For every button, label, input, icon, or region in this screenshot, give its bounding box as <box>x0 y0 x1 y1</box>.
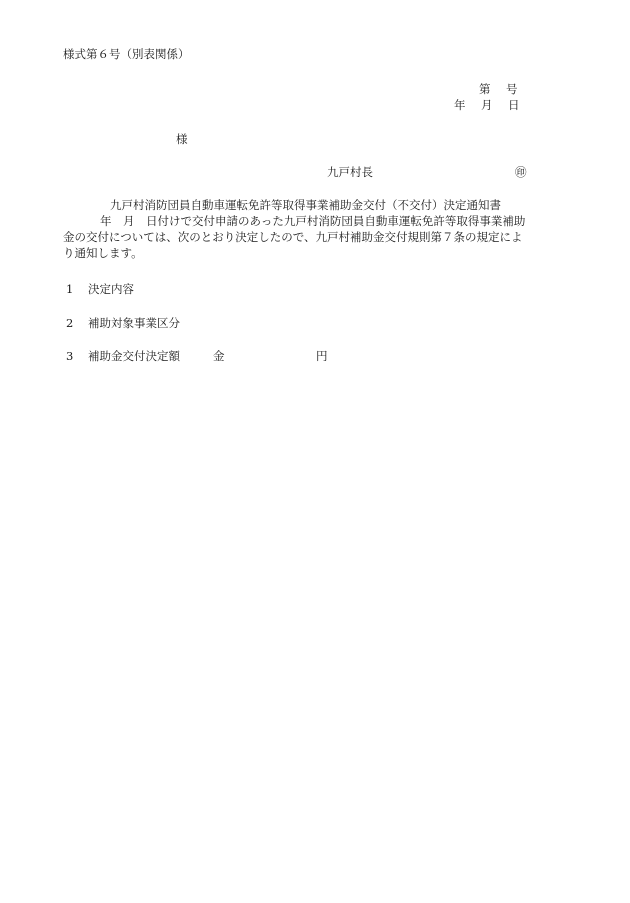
document-title: 九戸村消防団員自動車運転免許等取得事業補助金交付（不交付）決定通知書 <box>110 198 501 212</box>
item-number: 3 <box>66 349 73 363</box>
item-label: 補助対象事業区分 <box>88 316 180 330</box>
amount-suffix: 円 <box>316 349 328 363</box>
amount-prefix: 金 <box>213 349 225 363</box>
item-number: 1 <box>66 282 73 296</box>
body-line-2: 金の交付については、次のとおり決定したので、九戸村補助金交付規則第７条の規定によ <box>63 230 523 244</box>
seal-mark: ㊞ <box>515 165 527 179</box>
document-date: 年 月 日 <box>454 98 522 112</box>
addressee-honorific: 様 <box>176 132 188 146</box>
sender-name: 九戸村長 <box>327 165 373 179</box>
form-label: 様式第６号（別表関係） <box>63 47 190 61</box>
body-line-3: り通知します。 <box>63 246 143 260</box>
item-number: 2 <box>66 316 73 330</box>
document-number: 第 号 <box>479 82 520 96</box>
item-label: 補助金交付決定額 <box>88 349 180 363</box>
body-line-1: 年 月 日付けで交付申請のあった九戸村消防団員自動車運転免許等取得事業補助 <box>100 214 525 228</box>
item-label: 決定内容 <box>88 282 134 296</box>
